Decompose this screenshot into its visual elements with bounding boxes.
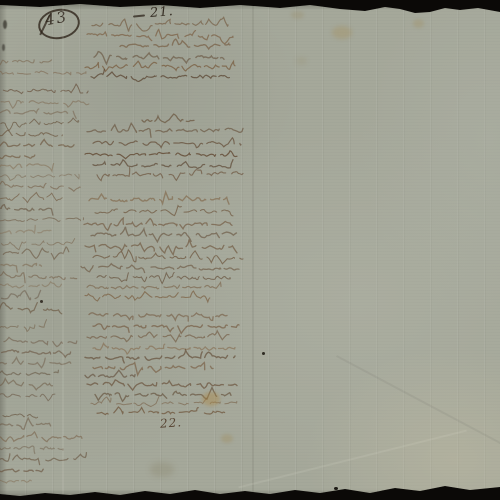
manuscript-page: 43 21. 22.	[0, 0, 500, 500]
handwriting-illegible-text	[0, 0, 500, 500]
page-number: 21.	[149, 4, 174, 21]
bottom-catch-number: 22.	[160, 415, 183, 431]
photo-background: 43 21. 22.	[0, 0, 500, 500]
